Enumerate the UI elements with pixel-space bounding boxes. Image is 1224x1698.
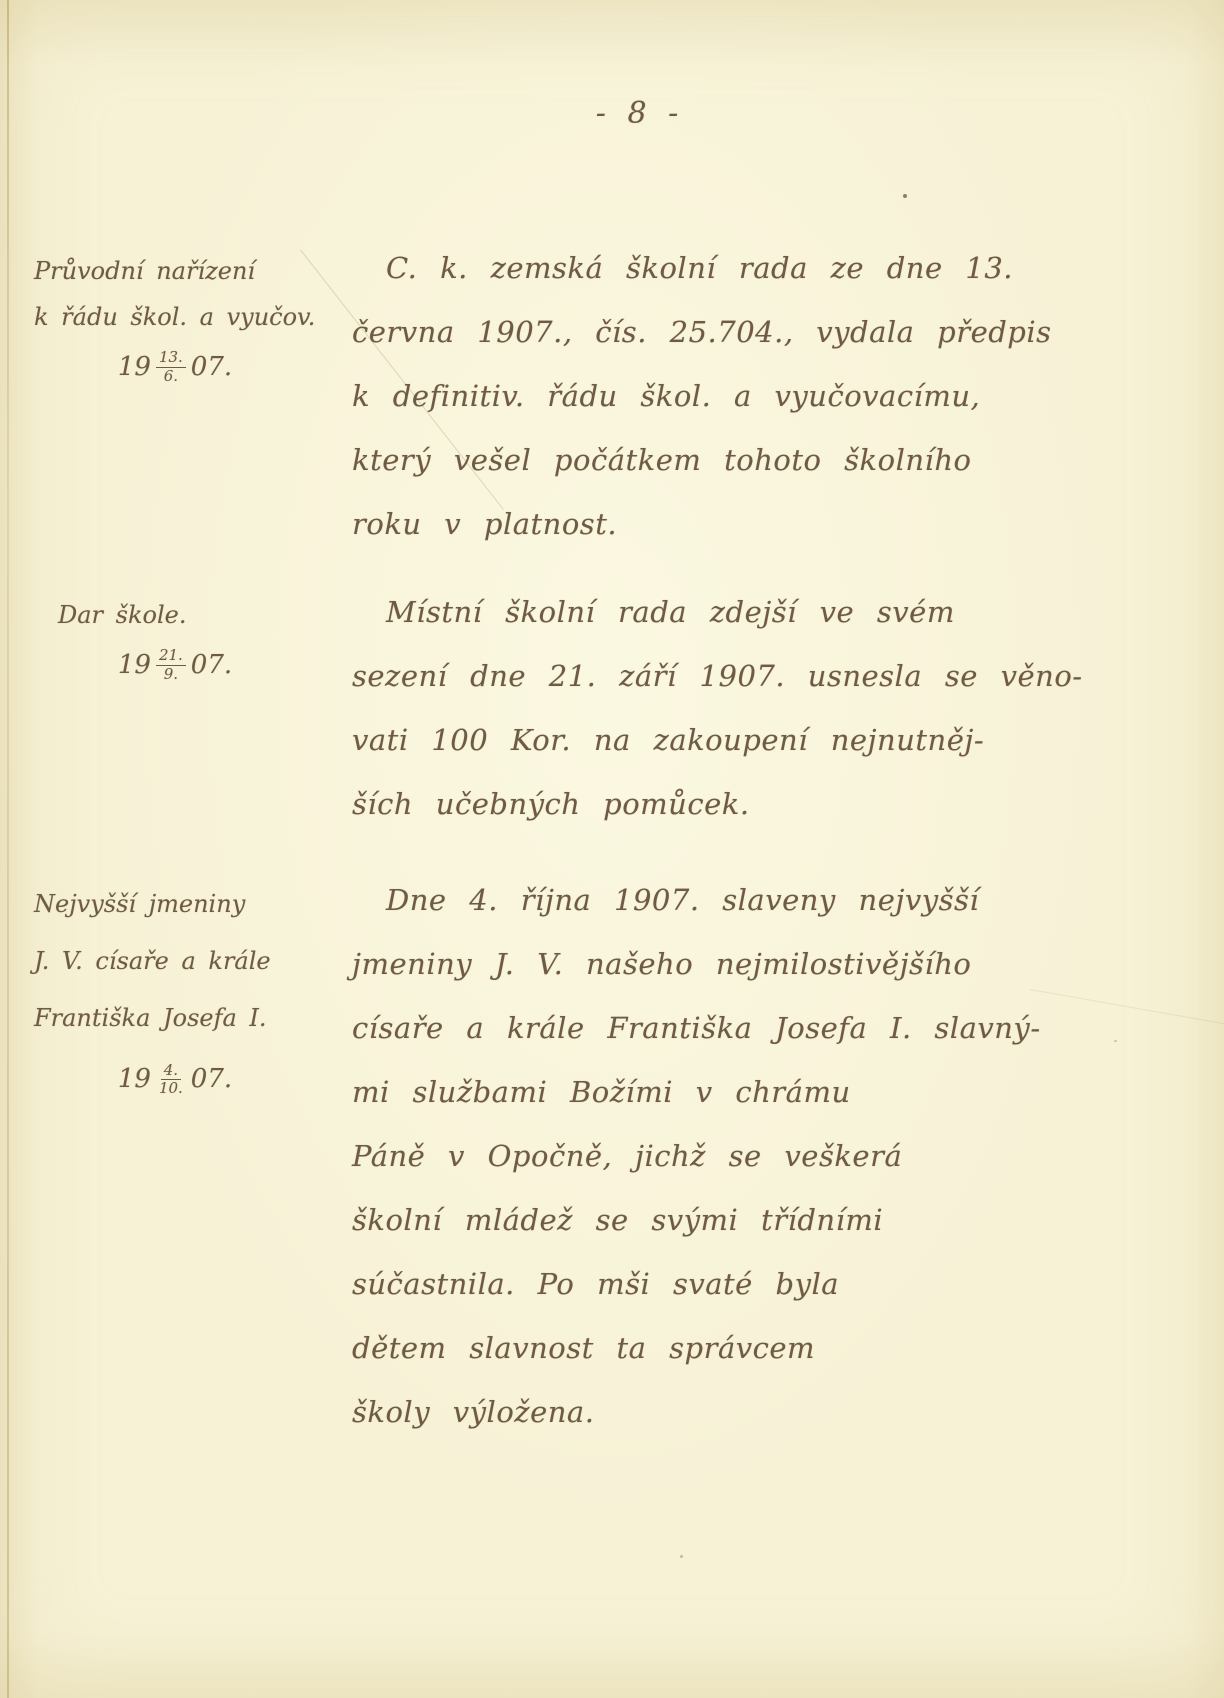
margin-date: 19 13. 6. 07. <box>34 344 316 390</box>
entry-body-3: Dne 4. října 1907. slaveny nejvyšší jmen… <box>352 868 992 1444</box>
chronicle-page: - 8 - Průvodní nařízení k řádu škol. a v… <box>0 0 1224 1698</box>
handwriting-line: císaře a krále Františka Josefa I. slavn… <box>352 996 992 1060</box>
handwriting-line: dětem slavnost ta správcem <box>352 1316 992 1380</box>
margin-date-year-suffix: 07. <box>191 1051 232 1108</box>
paper-speck <box>680 1555 683 1558</box>
handwriting-line: ších učebných pomůcek. <box>352 772 992 836</box>
margin-date-fraction: 4. 10. <box>156 1062 186 1098</box>
margin-date-fraction: 13. 6. <box>156 349 186 385</box>
handwriting-line: jmeniny J. V. našeho nejmilostivějšího <box>352 932 992 996</box>
date-fraction-denominator: 9. <box>161 666 181 683</box>
paper-speck <box>1114 1040 1117 1042</box>
margin-date-year-suffix: 07. <box>191 642 232 688</box>
handwriting-line: mi službami Božími v chrámu <box>352 1060 992 1124</box>
handwriting-line: súčastnila. Po mši svaté byla <box>352 1252 992 1316</box>
margin-note-entry-3: Nejvyšší jmeniny J. V. císaře a krále Fr… <box>34 876 316 1108</box>
entry-body-1: C. k. zemská školní rada ze dne 13. červ… <box>352 236 992 556</box>
handwriting-line: června 1907., čís. 25.704., vydala předp… <box>352 300 992 364</box>
paper-speck <box>903 194 907 198</box>
handwriting-line: Dne 4. října 1907. slaveny nejvyšší <box>352 868 992 932</box>
date-fraction-denominator: 6. <box>161 368 181 385</box>
handwriting-line: k definitiv. řádu škol. a vyučovacímu, <box>352 364 992 428</box>
margin-note-line: Františka Josefa I. <box>34 990 316 1047</box>
entry-body-2: Místní školní rada zdejší ve svém sezení… <box>352 580 992 836</box>
margin-note-entry-1: Průvodní nařízení k řádu škol. a vyučov.… <box>34 248 316 390</box>
date-fraction-numerator: 21. <box>156 647 186 665</box>
margin-date: 19 21. 9. 07. <box>34 642 316 688</box>
margin-note-line: Dar škole. <box>34 592 316 638</box>
margin-date-year-prefix: 19 <box>118 1051 151 1108</box>
date-fraction-denominator: 10. <box>156 1080 186 1097</box>
margin-date-year-prefix: 19 <box>118 344 151 390</box>
handwriting-line: vati 100 Kor. na zakoupení nejnutněj- <box>352 708 992 772</box>
margin-date-year-suffix: 07. <box>191 344 232 390</box>
handwriting-line: C. k. zemská školní rada ze dne 13. <box>352 236 992 300</box>
margin-note-line: k řádu škol. a vyučov. <box>34 294 316 340</box>
margin-note-line: Nejvyšší jmeniny <box>34 876 316 933</box>
margin-note-line: J. V. císaře a krále <box>34 933 316 990</box>
margin-note-entry-2: Dar škole. 19 21. 9. 07. <box>34 592 316 688</box>
handwriting-line: Páně v Opočně, jichž se veškerá <box>352 1124 992 1188</box>
handwriting-line: školní mládež se svými třídními <box>352 1188 992 1252</box>
handwriting-line: školy výložena. <box>352 1380 992 1444</box>
date-fraction-numerator: 13. <box>156 349 186 367</box>
handwriting-line: sezení dne 21. září 1907. usnesla se věn… <box>352 644 992 708</box>
handwriting-line: Místní školní rada zdejší ve svém <box>352 580 992 644</box>
margin-date: 19 4. 10. 07. <box>34 1051 316 1108</box>
margin-date-year-prefix: 19 <box>118 642 151 688</box>
margin-note-line: Průvodní nařízení <box>34 248 316 294</box>
handwriting-line: roku v platnost. <box>352 492 992 556</box>
handwriting-line: který vešel počátkem tohoto školního <box>352 428 992 492</box>
paper-crease <box>1030 989 1224 1026</box>
margin-date-fraction: 21. 9. <box>156 647 186 683</box>
page-number: - 8 - <box>0 96 1224 131</box>
date-fraction-numerator: 4. <box>161 1062 181 1080</box>
paper-fold-line <box>7 0 9 1698</box>
